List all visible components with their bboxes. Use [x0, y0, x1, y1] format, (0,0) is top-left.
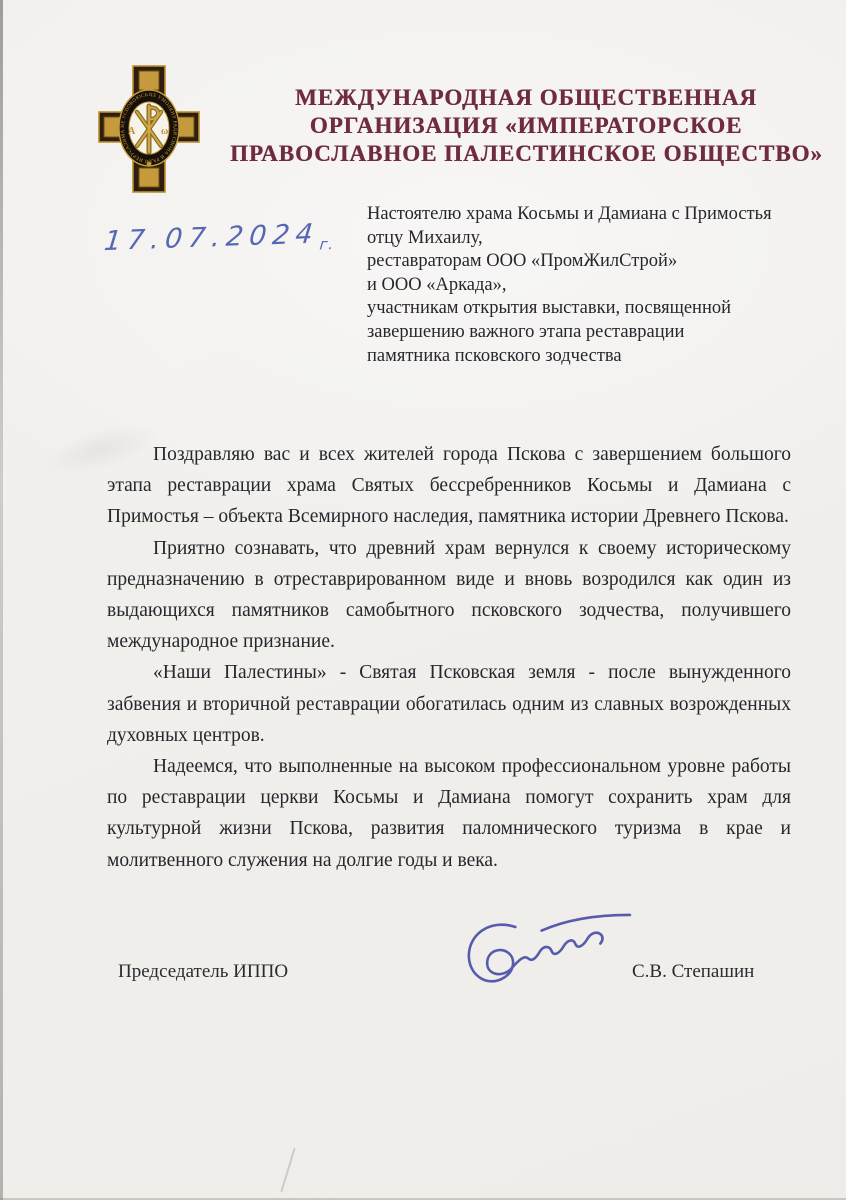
org-name-line-3: ПРАВОСЛАВНОЕ ПАЛЕСТИНСКОЕ ОБЩЕСТВО» [230, 140, 822, 168]
addressee-line: и ООО «Аркада», [367, 274, 827, 298]
handwritten-date: 17.07.2024г. [102, 218, 337, 261]
addressee-line: реставраторам ООО «ПромЖилСтрой» [367, 250, 827, 274]
addressee-line: участникам открытия выставки, посвященно… [367, 297, 827, 321]
handwritten-date-value: 17.07.2024 [103, 218, 321, 257]
letter-body: Поздравляю вас и всех жителей города Пск… [107, 439, 791, 876]
signature-autograph [423, 904, 648, 1010]
addressee-line: памятника псковского зодчества [367, 345, 827, 369]
scanned-letter-page: НЕ УМОЛКНУ РАДИ СИОНА И РАДИ ИЕРУСАЛИМА … [0, 0, 846, 1200]
scan-edge-artifact-left [0, 0, 3, 1200]
organization-name-header: МЕЖДУНАРОДНАЯ ОБЩЕСТВЕННАЯ ОРГАНИЗАЦИЯ «… [230, 84, 822, 168]
body-paragraph: Надеемся, что выполненные на высоком про… [107, 751, 791, 876]
logo-omega-letter: ω [161, 126, 168, 137]
addressee-line: отцу Михаилу, [367, 227, 827, 251]
handwritten-date-suffix: г. [319, 235, 336, 254]
addressee-block: Настоятелю храма Косьмы и Дамиана с Прим… [367, 203, 827, 368]
addressee-line: Настоятелю храма Косьмы и Дамиана с Прим… [367, 203, 827, 227]
body-paragraph: Приятно сознавать, что древний храм верн… [107, 533, 791, 658]
signatory-title: Председатель ИППО [118, 961, 288, 983]
org-name-line-1: МЕЖДУНАРОДНАЯ ОБЩЕСТВЕННАЯ [230, 84, 822, 112]
ippo-chi-rho-cross-logo-icon: НЕ УМОЛКНУ РАДИ СИОНА И РАДИ ИЕРУСАЛИМА … [97, 64, 201, 194]
addressee-line: завершению важного этапа реставрации [367, 321, 827, 345]
logo-alpha-letter: А [128, 126, 136, 137]
body-paragraph: Поздравляю вас и всех жителей города Пск… [107, 439, 791, 533]
body-paragraph: «Наши Палестины» - Святая Псковская земл… [107, 657, 791, 751]
logo-bottom-ornament [147, 162, 152, 167]
signatory-name: С.В. Степашин [632, 961, 754, 983]
org-name-line-2: ОРГАНИЗАЦИЯ «ИМПЕРАТОРСКОЕ [230, 112, 822, 140]
pencil-mark-artifact [280, 1148, 295, 1193]
